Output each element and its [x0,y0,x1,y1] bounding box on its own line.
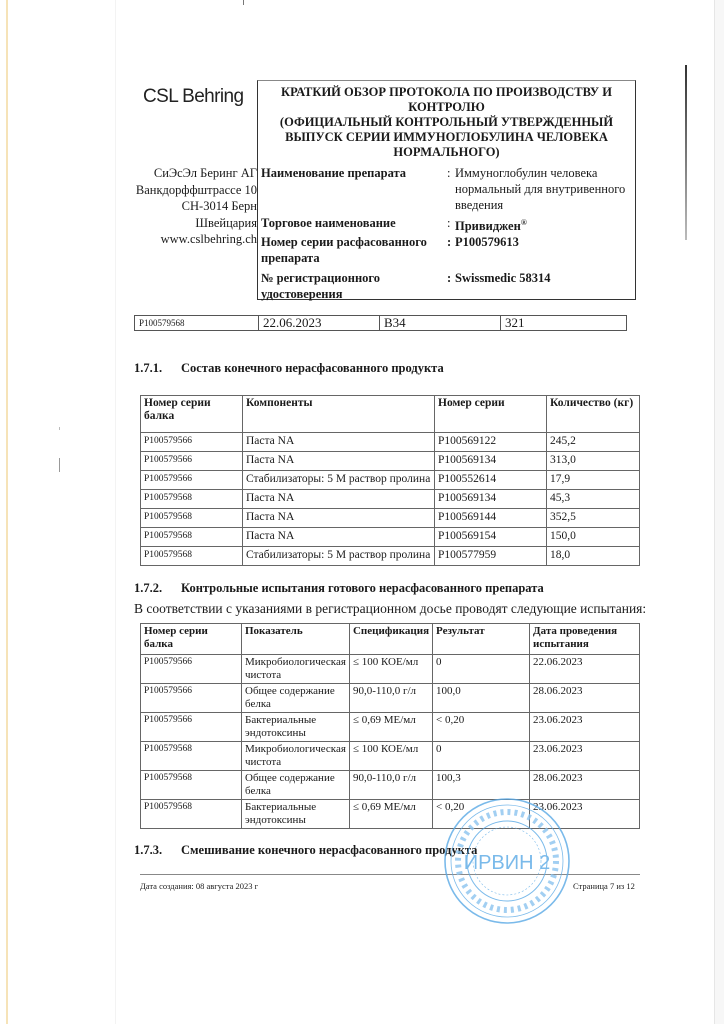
address-line: Швейцария [120,215,257,232]
table-header-row: Номер серии балка Компоненты Номер серии… [141,396,640,433]
table-cell: 23.06.2023 [530,713,640,742]
info-value: Иммуноглобулин человека нормальный для в… [455,165,631,215]
table-row: P100579568Паста NAP100569144352,5 [141,509,640,528]
scan-edge-left [6,0,8,1024]
table-cell: Паста NA [243,490,435,509]
table-cell: P100579566 [141,655,242,684]
info-value: Swissmedic 58314 [455,270,631,302]
table-cell: Микробиологическая чистота [242,655,350,684]
trade-name: Привиджен [455,219,521,233]
table-cell: P100579568 [141,742,242,771]
table-cell: Общее содержание белка [242,771,350,800]
table-cell: 90,0-110,0 г/л [349,684,432,713]
table-cell: Паста NA [243,509,435,528]
table-cell: ≤ 100 КОЕ/мл [349,742,432,771]
title-line: КРАТКИЙ ОБЗОР ПРОТОКОЛА ПО ПРОИЗВОДСТВУ … [258,85,635,100]
section-heading-1-7-1: 1.7.1.Состав конечного нерасфасованного … [134,361,444,376]
table-cell: 17,9 [547,471,640,490]
table-cell: Паста NA [243,433,435,452]
column-header: Номер серии балка [141,624,242,655]
table-row: P100579566Бактериальные эндотоксины≤ 0,6… [141,713,640,742]
table-cell: 0 [433,742,530,771]
section-number: 1.7.3. [134,843,181,858]
table-cell: 23.06.2023 [530,742,640,771]
table-cell: Бактериальные эндотоксины [242,713,350,742]
table-cell: P100552614 [435,471,547,490]
table-cell: < 0,20 [433,713,530,742]
address-line: Ванкдорффштрассе 10 [120,182,257,199]
company-logo: CSL Behring [143,86,243,108]
table-cell: Паста NA [243,528,435,547]
title-line: КОНТРОЛЮ [258,100,635,115]
info-row-registration: № регистрационного удостоверения : Swiss… [261,270,633,302]
title-line: (ОФИЦИАЛЬНЫЙ КОНТРОЛЬНЫЙ УТВЕРЖДЕННЫЙ [258,115,635,130]
section-title: Смешивание конечного нерасфасованного пр… [181,843,477,857]
table-row: P100579566Микробиологическая чистота≤ 10… [141,655,640,684]
table-cell: 90,0-110,0 г/л [349,771,432,800]
scan-artifact-line [685,65,687,240]
table-cell: 150,0 [547,528,640,547]
batch-row-table: P100579568 22.06.2023 B34 321 [134,315,627,331]
table-cell: 22.06.2023 [530,655,640,684]
column-header: Количество (кг) [547,396,640,433]
product-info: Наименование препарата : Иммуноглобулин … [261,165,633,302]
section-number: 1.7.2. [134,581,181,596]
footer-creation-date: Дата создания: 08 августа 2023 г [140,881,258,891]
column-header: Результат [433,624,530,655]
registered-mark: ® [521,218,527,227]
table-cell: P100579568 [141,771,242,800]
table-cell: P100579566 [141,713,242,742]
table-header-row: Номер серии балка Показатель Спецификаци… [141,624,640,655]
section-number: 1.7.1. [134,361,181,376]
footer-page-number: Страница 7 из 12 [573,881,635,891]
colon: : [447,234,455,270]
table-cell: P100579566 [141,452,243,471]
table-cell: P100577959 [435,547,547,566]
colon: : [447,270,455,302]
table-cell: P100569144 [435,509,547,528]
table-cell: ≤ 100 КОЕ/мл [349,655,432,684]
scan-fold-line [115,0,116,1024]
section-intro-text: В соответствии с указаниями в регистраци… [134,601,646,617]
table-cell: ≤ 0,69 МЕ/мл [349,800,432,829]
table-cell: P100579568 [141,490,243,509]
table-row: P100579566Паста NAP100569122245,2 [141,433,640,452]
table-cell: Микробиологическая чистота [242,742,350,771]
info-row-batch-number: Номер серии расфасованного препарата : P… [261,234,633,270]
composition-table: Номер серии балка Компоненты Номер серии… [140,395,640,566]
table-cell: P100569122 [435,433,547,452]
colon: : [447,215,455,234]
scan-edge-right [714,0,724,1024]
table-cell: Паста NA [243,452,435,471]
table-cell: 313,0 [547,452,640,471]
table-cell: 18,0 [547,547,640,566]
table-cell: Стабилизаторы: 5 М раствор пролина [243,471,435,490]
document-header-box: КРАТКИЙ ОБЗОР ПРОТОКОЛА ПО ПРОИЗВОДСТВУ … [257,80,636,300]
table-cell: P100579568 [141,528,243,547]
info-row-trade-name: Торговое наименование : Привиджен® [261,215,633,234]
section-heading-1-7-2: 1.7.2.Контрольные испытания готового нер… [134,581,544,596]
scan-artifact-mark [59,458,60,472]
table-cell: P100579568 [141,547,243,566]
document-title: КРАТКИЙ ОБЗОР ПРОТОКОЛА ПО ПРОИЗВОДСТВУ … [258,81,635,160]
table-cell: P100579568 [141,509,243,528]
official-seal-stamp-icon: ИРВИН 2 [442,796,572,926]
table-cell: 22.06.2023 [259,316,380,331]
table-cell: Общее содержание белка [242,684,350,713]
table-cell: 100,0 [433,684,530,713]
table-cell: 352,5 [547,509,640,528]
table-cell: 45,3 [547,490,640,509]
info-value: P100579613 [455,234,631,270]
section-heading-1-7-3: 1.7.3.Смешивание конечного нерасфасованн… [134,843,477,858]
table-cell: P100569134 [435,490,547,509]
info-label: Номер серии расфасованного препарата [261,234,447,270]
table-row: P100579568Стабилизаторы: 5 М раствор про… [141,547,640,566]
table-row: P100579566Стабилизаторы: 5 М раствор про… [141,471,640,490]
table-row: P100579568Микробиологическая чистота≤ 10… [141,742,640,771]
table-cell: 245,2 [547,433,640,452]
info-value: Привиджен® [455,215,631,234]
column-header: Дата проведения испытания [530,624,640,655]
table-cell: B34 [380,316,501,331]
table-cell: P100579566 [141,684,242,713]
colon: : [447,165,455,215]
table-cell: Стабилизаторы: 5 М раствор пролина [243,547,435,566]
table-cell: P100579568 [135,316,259,331]
column-header: Показатель [242,624,350,655]
table-cell: P100579566 [141,433,243,452]
column-header: Компоненты [243,396,435,433]
company-address: СиЭсЭл Беринг АГ Ванкдорффштрассе 10 CH-… [120,165,257,248]
title-line: НОРМАЛЬНОГО) [258,145,635,160]
table-cell: Бактериальные эндотоксины [242,800,350,829]
title-line: ВЫПУСК СЕРИИ ИММУНОГЛОБУЛИНА ЧЕЛОВЕКА [258,130,635,145]
section-title: Состав конечного нерасфасованного продук… [181,361,444,375]
table-cell: ≤ 0,69 МЕ/мл [349,713,432,742]
table-cell: P100579566 [141,471,243,490]
table-row: P100579568 22.06.2023 B34 321 [135,316,627,331]
section-title: Контрольные испытания готового нерасфасо… [181,581,544,595]
stamp-center-text: ИРВИН 2 [464,852,551,874]
table-cell: 0 [433,655,530,684]
table-row: P100579568Паста NAP10056913445,3 [141,490,640,509]
info-label: Торговое наименование [261,215,447,234]
column-header: Спецификация [349,624,432,655]
info-label: № регистрационного удостоверения [261,270,447,302]
address-line: www.cslbehring.ch [120,231,257,248]
table-cell: P100569134 [435,452,547,471]
address-line: СиЭсЭл Беринг АГ [120,165,257,182]
table-cell: P100569154 [435,528,547,547]
address-line: CH-3014 Берн [120,198,257,215]
info-label: Наименование препарата [261,165,447,215]
table-row: P100579566Паста NAP100569134313,0 [141,452,640,471]
scan-artifact-mark [59,427,60,430]
scan-artifact-tick [243,0,244,5]
info-row-product-name: Наименование препарата : Иммуноглобулин … [261,165,633,215]
table-cell: P100579568 [141,800,242,829]
table-row: P100579568Паста NAP100569154150,0 [141,528,640,547]
column-header: Номер серии балка [141,396,243,433]
table-row: P100579566Общее содержание белка90,0-110… [141,684,640,713]
column-header: Номер серии [435,396,547,433]
table-cell: 28.06.2023 [530,684,640,713]
table-cell: 321 [501,316,627,331]
